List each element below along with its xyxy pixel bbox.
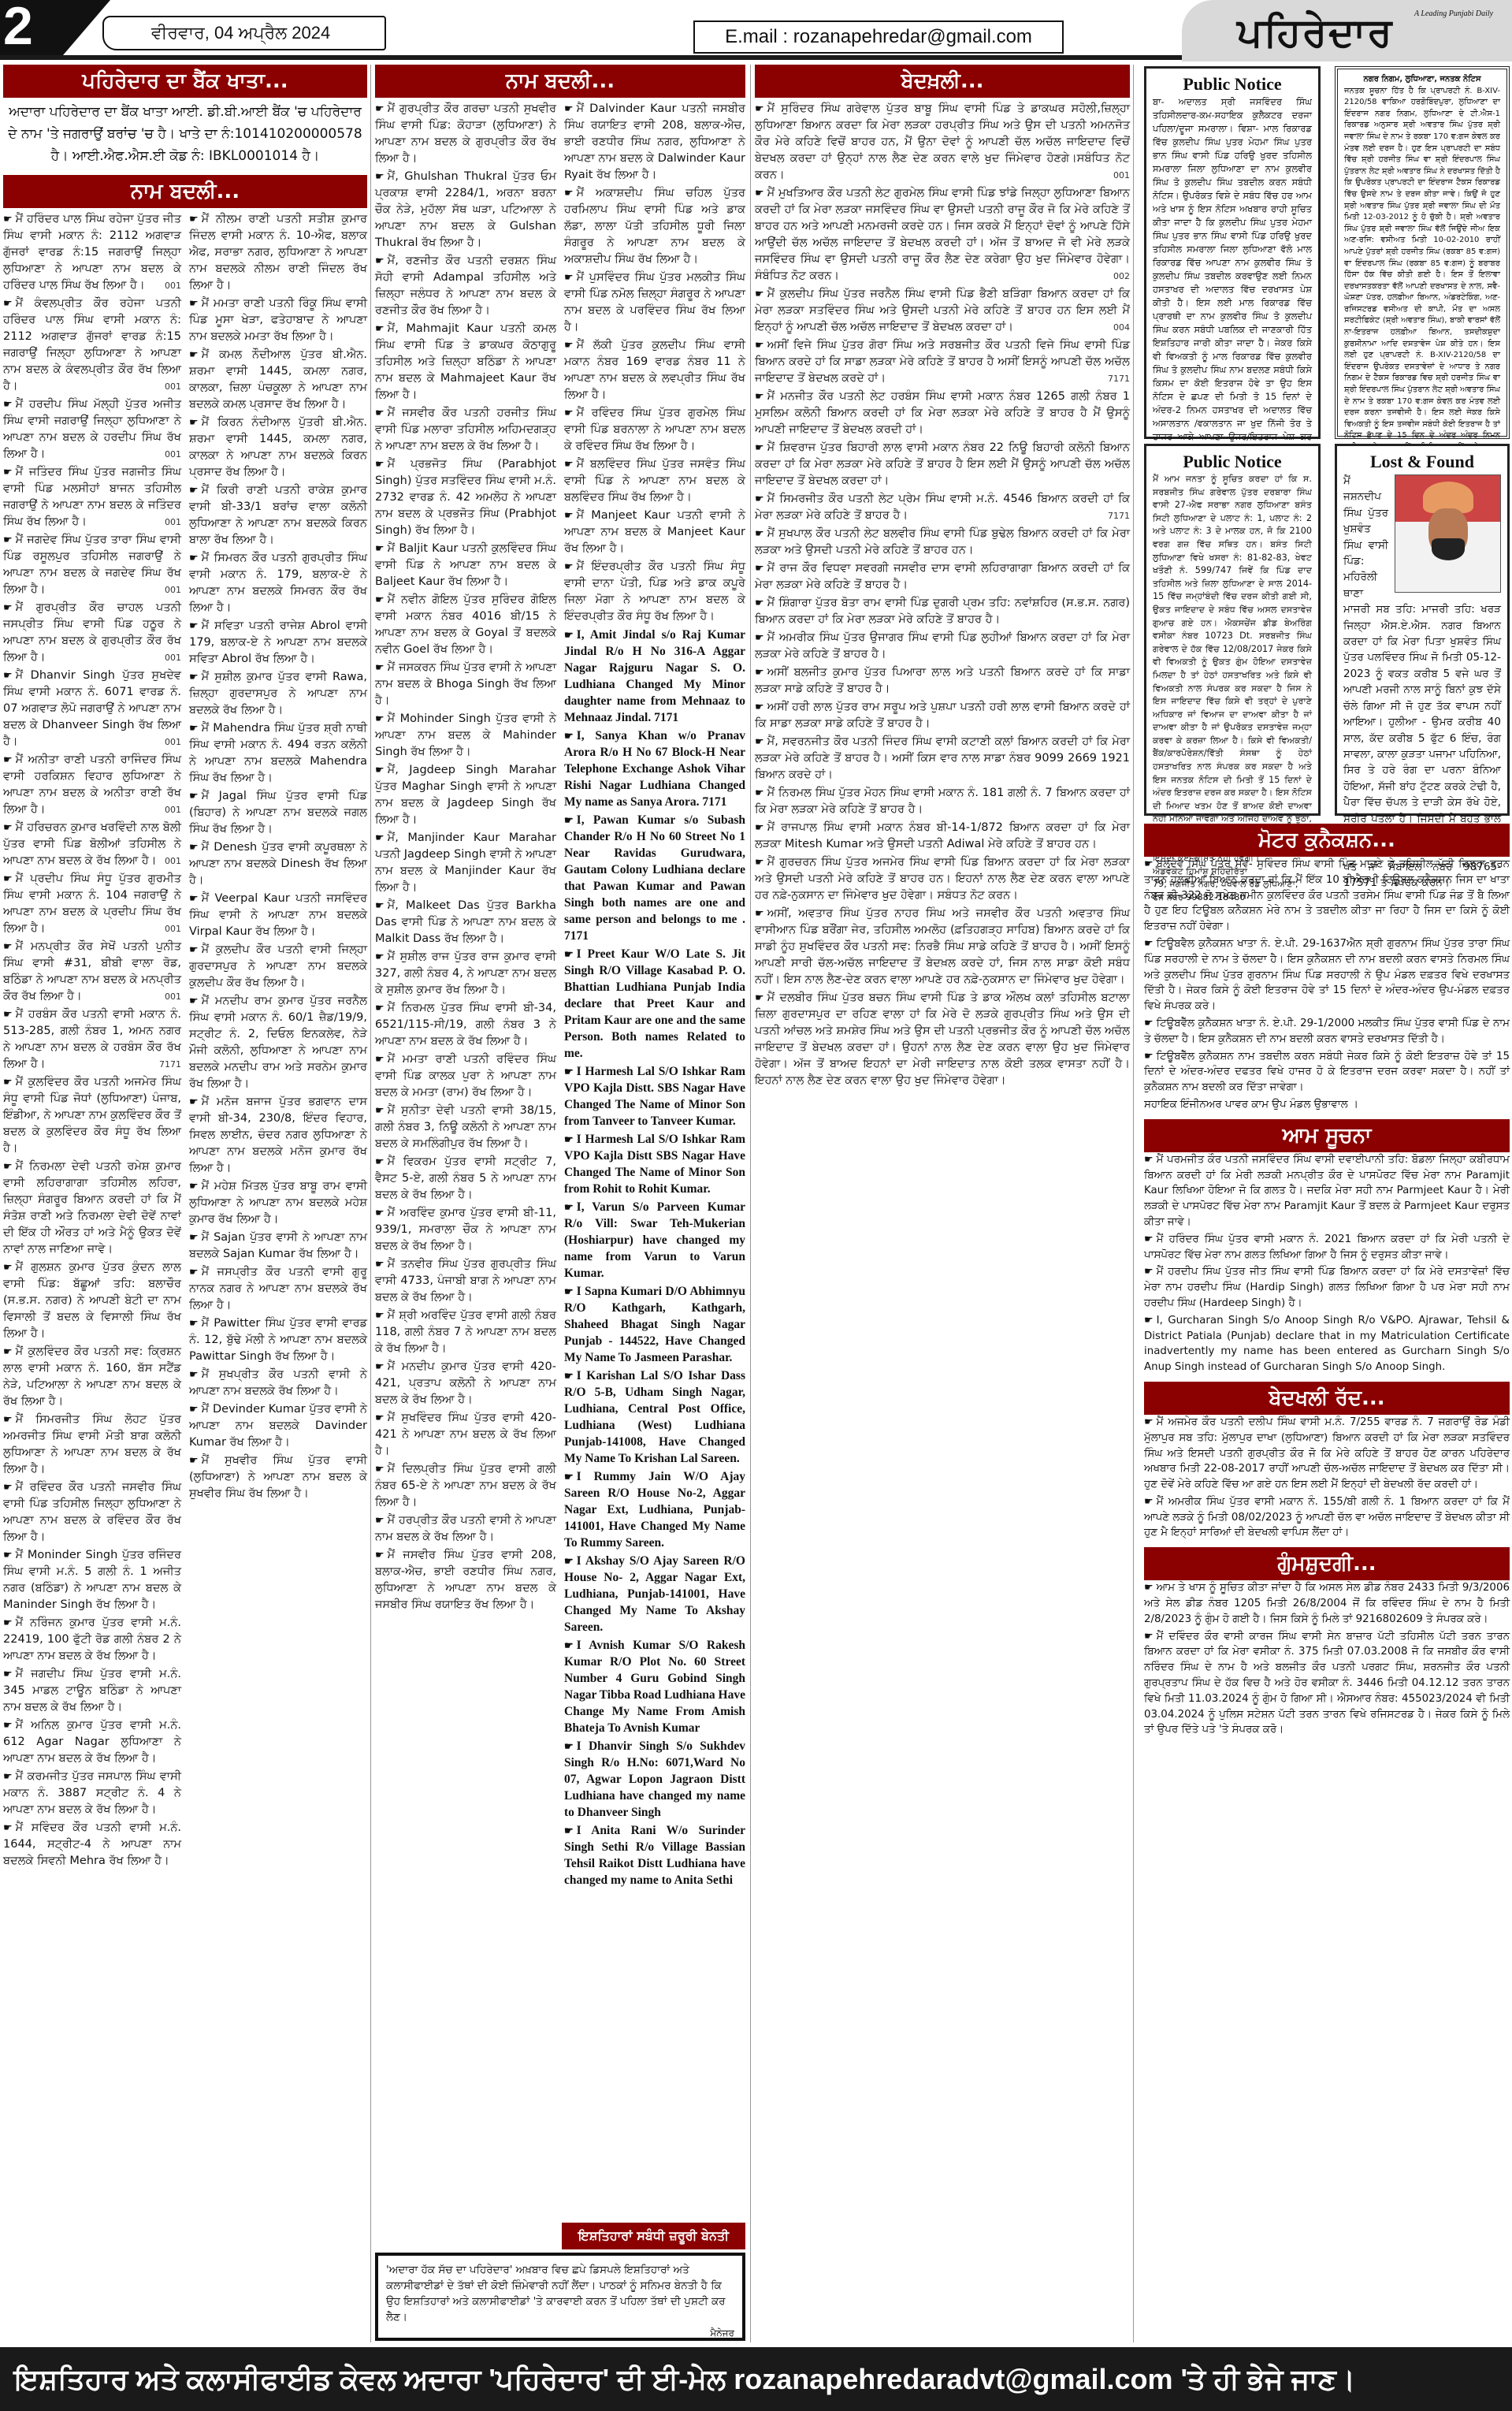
pointing-hand-icon: ☛	[564, 510, 574, 522]
list-item-text: ਮੈਂ ਕੁਲਵਿੰਦਰ ਕੌਰ ਪਤਨੀ ਅਜਮੇਰ ਸਿੰਘ ਸੰਧੂ ਵਾ…	[3, 1076, 181, 1155]
list-item: ☛ਮੈਂ ਸਿਮਰਜੀਤ ਕੌਰ ਪਤਨੀ ਲੇਟ ਪ੍ਰੇਮ ਸਿੰਘ ਵਾਸ…	[755, 491, 1130, 524]
pointing-hand-icon: ☛	[755, 992, 764, 1004]
list-item-text: ਮੈਂ, Manjinder Kaur Marahar ਪਤਨੀ Jagdeep…	[375, 832, 556, 894]
list-item-text: ਮੈਂ ਹਰਿੰਦਰ ਸਿੰਘ ਪੁੱਤਰ ਵਾਸੀ ਮਕਾਨ ਨੰ. 2021…	[1144, 1233, 1510, 1261]
pointing-hand-icon: ☛	[3, 1161, 13, 1173]
pointing-hand-icon: ☛	[189, 791, 199, 802]
ad-code: 001	[165, 514, 181, 530]
list-item: ☛ਮੈਂ ਹਰਿਚਰਨ ਕੁਮਾਰ ਖਰਵਿੰਦੀ ਨਾਲ ਬੋਲੀ ਪੁੱਤਰ…	[3, 820, 181, 869]
list-item: ☛ਮੈਂ ਹਰਪ੍ਰੀਤ ਕੌਰ ਪਤਨੀ ਵਾਸੀ ਨੇ ਆਪਣਾ ਨਾਮ ਬ…	[375, 1512, 556, 1546]
list-item-text: ਮੈਂ, ਸਵਰਨਜੀਤ ਕੌਰ ਪਤਨੀ ਜਿੰਦਰ ਸਿੰਘ ਵਾਸੀ ਕਟ…	[755, 735, 1130, 781]
pointing-hand-icon: ☛	[3, 1822, 13, 1834]
list-item-text: ਮੈਂ Veerpal Kaur ਪਤਨੀ ਜਸਵਿੰਦਰ ਸਿੰਘ ਵਾਸੀ …	[189, 892, 367, 938]
pointing-hand-icon: ☛	[189, 1096, 199, 1108]
list-item-text: ਮੈਂ ਪ੍ਰਦੀਪ ਸਿੰਘ ਸੰਧੂ ਪੁੱਤਰ ਗੁਰਮੀਤ ਸਿੰਘ ਵ…	[3, 872, 181, 935]
list-item: ☛I, Pawan Kumar s/o Subash Chander R/o H…	[564, 812, 745, 944]
page-number: 2	[3, 0, 33, 54]
list-item: ☛ਮੈਂ ਹਰਬੰਸ ਕੌਰ ਪਤਨੀ ਵਾਸੀ ਮਕਾਨ ਨੰ. 513-28…	[3, 1006, 181, 1073]
list-item: ☛ਮੈਂ Mohinder Singh ਪੁੱਤਰ ਵਾਸੀ ਨੇ ਆਪਣਾ ਨ…	[375, 711, 556, 761]
list-item-text: ਮੈਂ ਸਿਮਰਜੀਤ ਸਿੰਘ ਲੋਹਟ ਪੁੱਤਰ ਅਮਰਜੀਤ ਸਿੰਘ …	[3, 1413, 181, 1475]
list-item: ☛ਮੈਂ ਕਰਮਜੀਤ ਪੁੱਤਰ ਜਸਪਾਲ ਸਿੰਘ ਵਾਸੀ ਮਕਾਨ ਨ…	[3, 1769, 181, 1818]
list-item: ☛ਮੈਂ ਦਵਿੰਦਰ ਕੌਰ ਵਾਸੀ ਕਾਰਜ ਸਿੰਘ ਵਾਸੀ ਸੇਨ …	[1144, 1629, 1510, 1739]
list-item-text: ਮੈਂ ਸੁਨੀਤਾ ਦੇਵੀ ਪਤਨੀ ਵਾਸੀ 38/15, ਗਲੀ ਨੰਬ…	[375, 1104, 556, 1150]
list-item: ☛ਮੈਂ ਸਵਿਤਾ ਪਤਨੀ ਰਾਜੇਸ਼ Abrol ਵਾਸੀ 179, ਬ…	[189, 618, 367, 668]
list-item: ☛ਮੈਂ ਕੁਲਦੀਪ ਕੌਰ ਪਤਨੀ ਵਾਸੀ ਜਿਲ੍ਹਾ ਗੁਰਦਾਸਪ…	[189, 942, 367, 992]
list-item: ☛ਮੈਂ ਕੁਲਦੀਪ ਸਿੰਘ ਪੁੱਤਰ ਜਰਨੈਲ ਸਿੰਘ ਵਾਸੀ ਪ…	[755, 286, 1130, 336]
pointing-hand-icon: ☛	[375, 594, 385, 606]
masthead-email[interactable]: E.mail : rozanapehredar@gmail.com	[693, 20, 1064, 54]
list-item-text: ਮੈਂ Sajan ਪੁੱਤਰ ਵਾਸੀ ਨੇ ਆਪਣਾ ਨਾਮ ਬਦਲਕੇ S…	[189, 1231, 367, 1260]
list-item: ☛ਮੈਂ ਨਰਿੰਜਨ ਕੁਮਾਰ ਪੁੱਤਰ ਵਾਸੀ ਮ.ਨੰ. 22419…	[3, 1615, 181, 1665]
list-item: ☛ਮੈਂ ਮਨਦੀਪ ਰਾਮ ਕੁਮਾਰ ਪੁੱਤਰ ਜਰਨੈਲ ਸਿੰਘ ਵਾ…	[189, 993, 367, 1092]
lost-and-found: Lost & Found ਮੈਂ ਜਸ਼ਨਦੀਪ ਸਿੰਘ ਪੁੱਤਰ ਖੁਸ਼…	[1335, 444, 1510, 816]
pointing-hand-icon: ☛	[189, 485, 199, 497]
pointing-hand-icon: ☛	[755, 908, 764, 920]
pointing-hand-icon: ☛	[375, 662, 385, 674]
list-item-text: ਮੈਂ Pawitter ਸਿੰਘ ਪੁੱਤਰ ਵਾਸੀ ਵਾਰਡ ਨੰ. 12…	[189, 1317, 367, 1363]
list-item: ☛ਮੈਂ Sajan ਪੁੱਤਰ ਵਾਸੀ ਨੇ ਆਪਣਾ ਨਾਮ ਬਦਲਕੇ …	[189, 1230, 367, 1263]
ad-code: 004	[1113, 319, 1130, 336]
list-item: ☛ਮੈਂ ਮਨੋਜ ਬਜਾਜ ਪੁੱਤਰ ਭਗਵਾਨ ਦਾਸ ਵਾਸੀ ਬੀ-3…	[189, 1094, 367, 1177]
disinheritance-heading: ਬੇਦਖ਼ਲੀ...	[755, 65, 1130, 98]
pointing-hand-icon: ☛	[755, 736, 764, 748]
disclaimer-box: 'ਅਦਾਰਾ ਹੱਕ ਸੱਚ ਦਾ ਪਹਿਰੇਦਾਰ' ਅਖ਼ਬਾਰ ਵਿਚ ਛ…	[375, 2253, 745, 2341]
list-item-text: ਮੈਂ ਗੁਲਸ਼ਨ ਕੁਮਾਰ ਪੁੱਤਰ ਕੁੰਦਨ ਲਾਲ ਵਾਸੀ ਪਿ…	[3, 1261, 181, 1340]
pointing-hand-icon: ☛	[1144, 938, 1154, 950]
list-item: ☛ਟਿਊਬਵੈਲ ਕੁਨੈਕਸ਼ਨ ਖਾਤਾ ਨੰ. ਏ.ਪੀ. 29-1637…	[1144, 936, 1510, 1014]
notice-title: Public Notice	[1153, 451, 1312, 473]
list-item-text: ਮੈਂ ਨੀਲਮ ਰਾਣੀ ਪਤਨੀ ਸਤੀਸ਼ ਕੁਮਾਰ ਜਿੰਦਲ ਵਾਸ…	[189, 213, 367, 292]
list-item: ☛I Avnish Kumar S/O Rakesh Kumar R/O Plo…	[564, 1637, 745, 1736]
pointing-hand-icon: ☛	[3, 214, 13, 225]
pointing-hand-icon: ☛	[189, 349, 199, 361]
list-item: ☛ਮੈਂ ਸੁਖਪਾਲ ਕੌਰ ਪਤਨੀ ਲੇਟ ਬਲਵੀਰ ਸਿੰਘ ਵਾਸੀ…	[755, 526, 1130, 559]
list-item: ☛I, Sanya Khan w/o Pranav Arora R/o H No…	[564, 727, 745, 810]
list-item-text: ਮੈਂ ਸਿਮਰਨ ਕੌਰ ਪਤਨੀ ਗੁਰਪ੍ਰੀਤ ਸਿੰਘ ਵਾਸੀ ਮਕ…	[189, 552, 367, 614]
list-item-text: ਮੈਂ ਕਰਮਜੀਤ ਪੁੱਤਰ ਜਸਪਾਲ ਸਿੰਘ ਵਾਸੀ ਮਕਾਨ ਨੰ…	[3, 1770, 181, 1816]
list-item: ☛ਮੈਂ, ਰਣਜੀਤ ਕੌਰ ਪਤਨੀ ਦਰਸ਼ਨ ਸਿੰਘ ਸੋਹੀ ਵਾਸ…	[375, 253, 556, 319]
pointing-hand-icon: ☛	[189, 620, 199, 632]
list-item: ☛ਮੈਂ Baljit Kaur ਪਤਨੀ ਕੁਲਵਿੰਦਰ ਸਿੰਘ ਵਾਸੀ…	[375, 541, 556, 590]
list-item: ☛ਆਮ ਤੇ ਖਾਸ ਨੂੰ ਸੂਚਿਤ ਕੀਤਾ ਜਾਂਦਾ ਹੈ ਕਿ ਅਸ…	[1144, 1580, 1510, 1627]
list-item: ☛ਮੈਂ ਸੁਰਿੰਦਰ ਸਿੰਘ ਗਰੇਵਾਲ ਪੁੱਤਰ ਬਾਬੂ ਸਿੰਘ…	[755, 101, 1130, 184]
pointing-hand-icon: ☛	[189, 1318, 199, 1330]
list-item-text: ਮੈਂ ਦਵਿੰਦਰ ਕੌਰ ਵਾਸੀ ਕਾਰਜ ਸਿੰਘ ਵਾਸੀ ਸੇਨ ਬ…	[1144, 1631, 1510, 1736]
pointing-hand-icon: ☛	[564, 340, 574, 352]
name-change-heading-1: ਨਾਮ ਬਦਲੀ...	[3, 175, 367, 208]
pointing-hand-icon: ☛	[375, 1515, 385, 1527]
pointing-hand-icon: ☛	[375, 1207, 385, 1219]
list-item-text: ਮੈਂ ਅਕਾਸ਼ਦੀਪ ਸਿੰਘ ਚਹਿਲ ਪੁੱਤਰ ਹਰਮਿਲਾਪ ਸਿੰ…	[564, 187, 745, 266]
pointing-hand-icon: ☛	[3, 534, 13, 546]
list-item: ☛ਅਸੀਂ ਵਿਜੇ ਸਿੰਘ ਪੁੱਤਰ ਗੋਰਾ ਸਿੰਘ ਅਤੇ ਸਰਬਜ…	[755, 337, 1130, 387]
list-item-text: ਮੈਂ ਦਲਬੀਰ ਸਿੰਘ ਪੁੱਤਰ ਬਚਨ ਸਿੰਘ ਵਾਸੀ ਪਿੰਡ …	[755, 992, 1130, 1087]
list-item: ☛ਟਿਊਬਵੈੱਲ ਕੁਨੈਕਸ਼ਨ ਨਾਮ ਤਬਦੀਲ ਕਰਨ ਸਬੰਧੀ ਜ…	[1144, 1049, 1510, 1096]
list-item: ☛ਮੈਂ ਲੱਕੀ ਪੁੱਤਰ ਕੁਲਦੀਪ ਸਿੰਘ ਵਾਸੀ ਮਕਾਨ ਨੰ…	[564, 337, 745, 404]
general-notice-heading: ਆਮ ਸੂਚਨਾ	[1144, 1119, 1510, 1152]
list-item: ☛ਮੈਂ Moninder Singh ਪੁੱਤਰ ਰਜਿੰਦਰ ਸਿੰਘ ਵਾ…	[3, 1547, 181, 1613]
pointing-hand-icon: ☛	[375, 543, 385, 555]
notice-body: ਮੈਂ ਆਮ ਜਨਤਾ ਨੂੰ ਸੂਚਿਤ ਕਰਦਾ ਹਾਂ ਕਿ ਸ. ਸਰਬ…	[1153, 473, 1312, 865]
list-item: ☛ਮੈਂ ਸੁਖਵੀਰ ਸਿੰਘ ਪੁੱਤਰ ਵਾਸੀ (ਲੁਧਿਆਣਾ) ਨੇ…	[189, 1453, 367, 1502]
list-item-text: ਮੈਂ ਸੁਖਪਾਲ ਕੌਰ ਪਤਨੀ ਲੇਟ ਬਲਵੀਰ ਸਿੰਘ ਵਾਸੀ …	[755, 527, 1130, 556]
list-item-text: ਮੈਂ ਗੁਰਚਰਨ ਸਿੰਘ ਪੁੱਤਰ ਅਜਮੇਰ ਸਿੰਘ ਵਾਸੀ ਪਿ…	[755, 856, 1130, 902]
list-item: ☛ਮੈਂ ਤਨਵੀਰ ਸਿੰਘ ਪੁੱਤਰ ਗੁਰਪ੍ਰੀਤ ਸਿੰਘ ਵਾਸੀ…	[375, 1256, 556, 1306]
pointing-hand-icon: ☛	[375, 1412, 385, 1424]
list-item-text: ਮੈਂ ਕੁਲਦੀਪ ਕੌਰ ਪਤਨੀ ਵਾਸੀ ਜਿਲ੍ਹਾ ਗੁਰਦਾਸਪੁ…	[189, 943, 367, 989]
list-item-text: ਮੈਂ ਜਸਕਰਨ ਸਿੰਘ ਪੁੱਤਰ ਵਾਸੀ ਨੇ ਆਪਣਾ ਨਾਮ ਬਦ…	[375, 661, 556, 707]
missing-person-photo	[1395, 474, 1501, 593]
pointing-hand-icon: ☛	[189, 553, 199, 564]
list-item: ☛I Akshay S/O Ajay Sareen R/O House No- …	[564, 1553, 745, 1635]
pointing-hand-icon: ☛	[564, 1555, 574, 1567]
list-item: ☛ਮੈਂ ਪ੍ਰਦੀਪ ਸਿੰਘ ਸੰਧੂ ਪੁੱਤਰ ਗੁਰਮੀਤ ਸਿੰਘ …	[3, 871, 181, 937]
list-item: ☛ਮੈਂ ਮਨਦੀਪ ਕੁਮਾਰ ਪੁੱਤਰ ਵਾਸੀ 420-421, ਪ੍ਰ…	[375, 1359, 556, 1408]
list-item-text: I Harmesh Lal S/O Ishkar Ram VPO Kajla D…	[564, 1133, 745, 1196]
missing-list: ☛ਆਮ ਤੇ ਖਾਸ ਨੂੰ ਸੂਚਿਤ ਕੀਤਾ ਜਾਂਦਾ ਹੈ ਕਿ ਅਸ…	[1144, 1580, 1510, 1738]
pointing-hand-icon: ☛	[375, 1310, 385, 1322]
list-item-text: I, Amit Jindal s/o Raj Kumar Jindal R/o …	[564, 628, 745, 724]
list-item-text: ਮੈਂ Devinder Kumar ਪੁੱਤਰ ਵਾਸੀ ਨੇ ਆਪਣਾ ਨਾ…	[189, 1403, 367, 1449]
list-item: ☛ਮੈਂ ਹਰਦੀਪ ਸਿੰਘ ਮੱਲ੍ਹੀ ਪੁੱਤਰ ਅਜੀਤ ਸਿੰਘ ਵ…	[3, 396, 181, 463]
pointing-hand-icon: ☛	[564, 1285, 574, 1297]
list-item: ☛I, Amit Jindal s/o Raj Kumar Jindal R/o…	[564, 627, 745, 726]
list-item: ☛ਮੈਂ ਕਮਲ ਨੌਦੀਆਲ ਪੁੱਤਰ ਬੀ.ਐਨ. ਸ਼ਰਮਾ ਵਾਸੀ …	[189, 347, 367, 413]
list-item: ☛ਮੈਂ ਜਸਪ੍ਰੀਤ ਕੌਰ ਪਤਨੀ ਵਾਸੀ ਗੁਰੂ ਨਾਨਕ ਨਗਰ…	[189, 1264, 367, 1314]
pointing-hand-icon: ☛	[3, 1720, 13, 1732]
pointing-hand-icon: ☛	[564, 730, 574, 742]
ad-code: 001	[165, 921, 181, 937]
pointing-hand-icon: ☛	[564, 814, 574, 826]
list-item-text: ਮੈਂ ਹਰਪ੍ਰੀਤ ਕੌਰ ਪਤਨੀ ਵਾਸੀ ਨੇ ਆਪਣਾ ਨਾਮ ਬਦ…	[375, 1514, 556, 1543]
list-item-text: ਮੈਂ ਮੁਖਤਿਆਰ ਕੌਰ ਪਤਨੀ ਲੇਟ ਗੁਰਮੇਲ ਸਿੰਘ ਵਾਸ…	[755, 187, 1130, 282]
list-item-text: ਟਿਊਬਵੈੱਲ ਕੁਨੈਕਸ਼ਨ ਖਾਤਾ ਨੰ. ਏ.ਪੀ. 29-1/20…	[1144, 1018, 1510, 1045]
list-item-text: ਮੈਂ Mahendra ਸਿੰਘ ਪੁੱਤਰ ਸ਼੍ਰੀ ਨਾਥੀ ਸਿੰਘ …	[189, 722, 367, 784]
list-item: ☛ਮੈਂ ਹਰਿੰਦਰ ਪਾਲ ਸਿੰਘ ਰਹੇਜਾ ਪੁੱਤਰ ਜੀਤ ਸਿੰ…	[3, 211, 181, 294]
list-item: ☛ਮੈਂ ਰਵਿੰਦਰ ਕੌਰ ਪਤਨੀ ਜਸਵੀਰ ਸਿੰਘ ਵਾਸੀ ਪਿੰ…	[3, 1479, 181, 1546]
list-item: ☛ਮੈਂ ਮਮਤਾ ਰਾਣੀ ਪਤਨੀ ਰਵਿੰਦਰ ਸਿੰਘ ਵਾਸੀ ਪਿੰ…	[375, 1051, 556, 1101]
pointing-hand-icon: ☛	[755, 528, 764, 540]
pointing-hand-icon: ☛	[375, 1054, 385, 1066]
pointing-hand-icon: ☛	[3, 754, 13, 766]
name-change-left-subcolumn: ☛ਮੈਂ ਗੁਰਪ੍ਰੀਤ ਕੌਰ ਗਰਚਾ ਪਤਨੀ ਸੁਖਵੀਰ ਸਿੰਘ …	[375, 101, 556, 1890]
list-item-text: ਮੈਂ ਰਾਜ ਕੌਰ ਵਿਧਵਾ ਸਵਰਗੀ ਜਸਵੀਰ ਦਾਸ ਵਾਸੀ ਲ…	[755, 562, 1130, 591]
pointing-hand-icon: ☛	[3, 602, 13, 614]
list-item-text: ਮੈਂ ਗੁਰਪ੍ਰੀਤ ਕੌਰ ਚਾਹਲ ਪਤਨੀ ਜਸਪ੍ਰੀਤ ਸਿੰਘ …	[3, 601, 181, 664]
column-divider	[1133, 65, 1134, 2342]
name-change-right-subcolumn: ☛ਮੈਂ Dalvinder Kaur ਪਤਨੀ ਜਸਬੀਰ ਸਿੰਘ ਰਯਾਇ…	[564, 101, 745, 1890]
pointing-hand-icon: ☛	[3, 1077, 13, 1088]
pointing-hand-icon: ☛	[189, 1181, 199, 1192]
ad-code: 001	[165, 802, 181, 818]
list-item: ☛ਮੈਂ ਬਲਵਿੰਦਰ ਸਿੰਘ ਪੁੱਤਰ ਜਸਵੰਤ ਸਿੰਘ ਵਾਸੀ …	[564, 456, 745, 506]
pointing-hand-icon: ☛	[189, 214, 199, 225]
motor-connection-list: ☛ਬਲਦੇਵ ਸਿੰਘ ਪੁੱਤਰ ਸਵ- ਸੁਵਿੰਦਰ ਸਿੰਘ ਵਾਸੀ …	[1144, 857, 1510, 1096]
masthead-rule	[0, 55, 1190, 60]
list-item-text: I Avnish Kumar S/O Rakesh Kumar R/O Plot…	[564, 1639, 745, 1735]
list-item: ☛ਮੈਂ ਨਵੀਨ ਗੋਇਲ ਪੁੱਤਰ ਸੁਰਿੰਦਰ ਗੋਇਲ ਵਾਸੀ ਮ…	[375, 592, 556, 658]
list-item-text: I, Gurcharan Singh S/o Anoop Singh R/o V…	[1144, 1315, 1510, 1373]
pointing-hand-icon: ☛	[375, 713, 385, 725]
list-item: ☛ਮੈਂ, Ghulshan Thukral ਪੁੱਤਰ ਓਮ ਪ੍ਰਕਾਸ਼ …	[375, 169, 556, 251]
list-item-text: ਮੈਂ Jagal ਸਿੰਘ ਪੁੱਤਰ ਵਾਸੀ ਪਿੰਡ (ਬਿਹਾਰ) ਨ…	[189, 790, 367, 835]
list-item: ☛ਮੈਂ ਦਿਲਪ੍ਰੀਤ ਸਿੰਘ ਪੁੱਤਰ ਵਾਸੀ ਗਲੀ ਨੰਬਰ 6…	[375, 1461, 556, 1511]
list-item-text: ਮੈਂ ਲੱਕੀ ਪੁੱਤਰ ਕੁਲਦੀਪ ਸਿੰਘ ਵਾਸੀ ਮਕਾਨ ਨੰਬ…	[564, 339, 745, 401]
list-item: ☛ਮੈਂ ਸਵਿੰਦਰ ਕੌਰ ਪਤਨੀ ਵਾਸੀ ਮ.ਨੰ. 1644, ਸਟ…	[3, 1820, 181, 1870]
list-item-text: ਮੈਂ ਸ਼ਿਵਰਾਜ ਪੁੱਤਰ ਬਿਹਾਰੀ ਲਾਲ ਵਾਸੀ ਮਕਾਨ ਨ…	[755, 441, 1130, 487]
list-item-text: ਮੈਂ ਰਵਿੰਦਰ ਕੌਰ ਪਤਨੀ ਜਸਵੀਰ ਸਿੰਘ ਵਾਸੀ ਪਿੰਡ…	[3, 1481, 181, 1543]
list-item: ☛ਮੈਂ Manjeet Kaur ਪਤਨੀ ਵਾਸੀ ਨੇ ਆਪਣਾ ਨਾਮ …	[564, 508, 745, 557]
list-item: ☛ਮੈਂ ਪ੍ਰਭਜੋਤ ਸਿੰਘ (Parabhjot Singh) ਪੁੱਤ…	[375, 456, 556, 539]
list-item-text: ਮੈਂ ਹਰਦੀਪ ਸਿੰਘ ਮੱਲ੍ਹੀ ਪੁੱਤਰ ਅਜੀਤ ਸਿੰਘ ਵਾ…	[3, 398, 181, 460]
pointing-hand-icon: ☛	[1144, 1051, 1154, 1062]
list-item: ☛ਮੈਂ ਇੰਦਰਪ੍ਰੀਤ ਕੌਰ ਪਤਨੀ ਸਿੰਘ ਸੰਧੂ ਵਾਸੀ ਦ…	[564, 559, 745, 625]
list-item: ☛ਮੈਂ Veerpal Kaur ਪਤਨੀ ਜਸਵਿੰਦਰ ਸਿੰਘ ਵਾਸੀ…	[189, 891, 367, 940]
list-item-text: ਮੈਂ ਕੁਲਦੀਪ ਸਿੰਘ ਪੁੱਤਰ ਜਰਨੈਲ ਸਿੰਘ ਵਾਸੀ ਪਿ…	[755, 288, 1130, 333]
list-item-text: ਮੈਂ ਕਮਲ ਨੌਦੀਆਲ ਪੁੱਤਰ ਬੀ.ਐਨ. ਸ਼ਰਮਾ ਵਾਸੀ 1…	[189, 348, 367, 411]
pointing-hand-icon: ☛	[189, 1267, 199, 1278]
list-item: ☛ਟਿਊਬਵੈੱਲ ਕੁਨੈਕਸ਼ਨ ਖਾਤਾ ਨੰ. ਏ.ਪੀ. 29-1/2…	[1144, 1016, 1510, 1047]
ad-code: 001	[165, 988, 181, 1005]
list-item: ☛ਮੈਂ ਸਿਮਰਜੀਤ ਸਿੰਘ ਲੋਹਟ ਪੁੱਤਰ ਅਮਰਜੀਤ ਸਿੰਘ…	[3, 1412, 181, 1478]
pointing-hand-icon: ☛	[564, 1201, 574, 1213]
list-item-text: ਮੈਂ ਹਰਦੀਪ ਸਿੰਘ ਪੁੱਤਰ ਜੀਤ ਸਿੰਘ ਵਾਸੀ ਪਿੰਡ …	[1144, 1266, 1510, 1309]
list-item: ☛ਮੈਂ ਅਰਵਿੰਦ ਕੁਮਾਰ ਪੁੱਤਰ ਵਾਸੀ ਬੀ-11, 939/…	[375, 1205, 556, 1255]
pointing-hand-icon: ☛	[189, 1404, 199, 1416]
list-item: ☛ਮੈਂ ਮਮਤਾ ਰਾਣੀ ਪਤਨੀ ਰਿੰਕੂ ਸਿੰਘ ਵਾਸੀ ਪਿੰਡ…	[189, 296, 367, 345]
column-1: ਪਹਿਰੇਦਾਰ ਦਾ ਬੈਂਕ ਖਾਤਾ... ਅਦਾਰਾ ਪਹਿਰੇਦਾਰ …	[3, 65, 367, 1871]
list-item: ☛ਮੈਂ ਮਹੇਸ਼ ਮਿੱਤਲ ਪੁੱਤਰ ਬਾਬੂ ਰਾਮ ਵਾਸੀ ਲੁਧ…	[189, 1178, 367, 1228]
pointing-hand-icon: ☛	[189, 723, 199, 735]
list-item-text: ਮੈਂ ਪੁਸਵਿੰਦਰ ਸਿੰਘ ਪੁੱਤਰ ਮਲਕੀਤ ਸਿੰਘ ਵਾਸੀ …	[564, 271, 745, 333]
list-item-text: ਮੈਂ ਮਨੋਜ ਬਜਾਜ ਪੁੱਤਰ ਭਗਵਾਨ ਦਾਸ ਵਾਸੀ ਬੀ-34…	[189, 1096, 367, 1174]
pointing-hand-icon: ☛	[375, 1156, 385, 1168]
list-item: ☛ਮੈਂ ਗੁਰਪ੍ਰੀਤ ਕੌਰ ਚਾਹਲ ਪਤਨੀ ਜਸਪ੍ਰੀਤ ਸਿੰਘ…	[3, 600, 181, 666]
notice-title: Public Notice	[1153, 73, 1312, 95]
list-item: ☛ਅਸੀਂ ਹਰੀ ਲਾਲ ਪੁੱਤਰ ਰਾਮ ਸਰੂਪ ਅਤੇ ਪੁਸ਼ਪਾ …	[755, 699, 1130, 732]
list-item-text: ਮੈਂ ਸਿਮਰਜੀਤ ਕੌਰ ਪਤਨੀ ਲੇਟ ਪ੍ਰੇਮ ਸਿੰਘ ਵਾਸੀ…	[755, 493, 1130, 522]
ad-code: 002	[1113, 268, 1130, 285]
list-item-text: ਅਸੀਂ ਬਲਜੀਤ ਕੁਮਾਰ ਪੁੱਤਰ ਪਿਆਰਾ ਲਾਲ ਅਤੇ ਪਤਨ…	[755, 666, 1130, 695]
list-item-text: ਮੈਂ ਮਮਤਾ ਰਾਣੀ ਪਤਨੀ ਰਿੰਕੂ ਸਿੰਘ ਵਾਸੀ ਪਿੰਡ …	[189, 297, 367, 343]
list-item-text: ਮੈਂ Baljit Kaur ਪਤਨੀ ਕੁਲਵਿੰਦਰ ਸਿੰਘ ਵਾਸੀ …	[375, 542, 556, 588]
pointing-hand-icon: ☛	[375, 407, 385, 419]
motor-connection-sign: ਸਹਾਇਕ ਇੰਜੀਨਅਰ ਪਾਵਰ ਕਾਮ ਉਪ ਮੰਡਲ ਉਭਾਵਾਲ ।	[1144, 1097, 1510, 1113]
list-item-text: ਮੈਂ ਪਰਮਜੀਤ ਕੌਰ ਪਤਨੀ ਜਸਵਿੰਦਰ ਸਿੰਘ ਵਾਸੀ ਦਵ…	[1144, 1154, 1510, 1228]
list-item-text: ਮੈਂ ਨਵੀਨ ਗੋਇਲ ਪੁੱਤਰ ਸੁਰਿੰਦਰ ਗੋਇਲ ਵਾਸੀ ਮਕ…	[375, 593, 556, 656]
pointing-hand-icon: ☛	[375, 900, 385, 912]
list-item: ☛ਮੈਂ ਜਸਵੀਰ ਸਿੰਘ ਪੁੱਤਰ ਵਾਸੀ 208, ਬਲਾਕ-ਐਚ,…	[375, 1547, 556, 1613]
pointing-hand-icon: ☛	[3, 1262, 13, 1274]
list-item: ☛ਮੈਂ, Mahmajit Kaur ਪਤਨੀ ਕਮਲ ਸਿੰਘ ਵਾਸੀ ਪ…	[375, 321, 556, 404]
list-item-text: ਮੈਂ ਜਸਵੀਰ ਸਿੰਘ ਪੁੱਤਰ ਵਾਸੀ 208, ਬਲਾਕ-ਐਚ, …	[375, 1549, 556, 1611]
list-item: ☛ਮੈਂ Mahendra ਸਿੰਘ ਪੁੱਤਰ ਸ਼੍ਰੀ ਨਾਥੀ ਸਿੰਘ…	[189, 720, 367, 787]
pointing-hand-icon: ☛	[1144, 1233, 1154, 1245]
list-item-text: ਮੈਂ ਜਸਵੀਰ ਕੌਰ ਪਤਨੀ ਹਰਜੀਤ ਸਿੰਘ ਵਾਸੀ ਪਿੰਡ …	[375, 407, 556, 452]
list-item-text: ਮੈਂ ਮਨਦੀਪ ਰਾਮ ਕੁਮਾਰ ਪੁੱਤਰ ਜਰਨੈਲ ਸਿੰਘ ਵਾਸ…	[189, 995, 367, 1090]
list-item-text: ਮੈਂ ਗੁਰਪ੍ਰੀਤ ਕੌਰ ਗਰਚਾ ਪਤਨੀ ਸੁਖਵੀਰ ਸਿੰਘ ਵ…	[375, 102, 556, 165]
list-item: ☛ਮੈਂ Dalvinder Kaur ਪਤਨੀ ਜਸਬੀਰ ਸਿੰਘ ਰਯਾਇ…	[564, 101, 745, 184]
list-item-text: ਟਿਊਬਵੈੱਲ ਕੁਨੈਕਸ਼ਨ ਨਾਮ ਤਬਦੀਲ ਕਰਨ ਸਬੰਧੀ ਜੇ…	[1144, 1051, 1510, 1094]
pointing-hand-icon: ☛	[3, 941, 13, 953]
list-item: ☛ਮੈਂ ਗੁਰਪ੍ਰੀਤ ਕੌਰ ਗਰਚਾ ਪਤਨੀ ਸੁਖਵੀਰ ਸਿੰਘ …	[375, 101, 556, 167]
list-item: ☛ਮੈਂ ਦਲਬੀਰ ਸਿੰਘ ਪੁੱਤਰ ਬਚਨ ਸਿੰਘ ਵਾਸੀ ਪਿੰਡ…	[755, 990, 1130, 1089]
disclaimer-sign: ਮੈਨੇਜਰ	[386, 2325, 734, 2341]
list-item-text: ਮੈਂ ਮਮਤਾ ਰਾਣੀ ਪਤਨੀ ਰਵਿੰਦਰ ਸਿੰਘ ਵਾਸੀ ਪਿੰਡ…	[375, 1053, 556, 1099]
list-item: ☛I Harmesh Lal S/O Ishkar Ram VPO Kajla …	[564, 1063, 745, 1129]
list-item: ☛ਮੈਂ, Jagdeep Singh Marahar ਪੁੱਤਰ Maghar…	[375, 762, 556, 828]
pointing-hand-icon: ☛	[1144, 1496, 1154, 1508]
list-item: ☛I Anita Rani W/o Surinder Singh Sethi R…	[564, 1822, 745, 1888]
list-item-text: ਮੈਂ ਰਵਿੰਦਰ ਸਿੰਘ ਪੁੱਤਰ ਗੁਰਮੇਲ ਸਿੰਘ ਵਾਸੀ ਪ…	[564, 407, 745, 452]
list-item: ☛ਮੈਂ ਕਿਰੀ ਰਾਣੀ ਪਤਨੀ ਰਾਕੇਸ਼ ਕੁਮਾਰ ਵਾਸੀ ਬੀ…	[189, 482, 367, 549]
pointing-hand-icon: ☛	[564, 1740, 574, 1752]
list-item: ☛ਮੈਂ ਸੁਨੀਤਾ ਦੇਵੀ ਪਤਨੀ ਵਾਸੀ 38/15, ਗਲੀ ਨੰ…	[375, 1103, 556, 1152]
public-notice-lost-documents: Public Notice ਮੈਂ ਆਮ ਜਨਤਾ ਨੂੰ ਸੂਚਿਤ ਕਰਦਾ…	[1144, 444, 1321, 816]
pointing-hand-icon: ☛	[375, 1550, 385, 1561]
list-item-text: ਟਿਊਬਵੈਲ ਕੁਨੈਕਸ਼ਨ ਖਾਤਾ ਨੰ. ਏ.ਪੀ. 29-1637ਐ…	[1144, 938, 1510, 1012]
notice-title: ਨਗਰ ਨਿਗਮ, ਲੁਧਿਆਣਾ, ਜਨਤਕ ਨੋਟਿਸ	[1344, 74, 1500, 86]
list-item: ☛I Dhanvir Singh S/o Sukhdev Singh R/o H…	[564, 1738, 745, 1821]
pointing-hand-icon: ☛	[564, 188, 574, 199]
list-item: ☛ਮੈਂ ਸੁਖਪ੍ਰੀਤ ਕੌਰ ਪਤਨੀ ਵਾਸੀ ਨੇ ਆਪਣਾ ਨਾਮ …	[189, 1367, 367, 1400]
list-item: ☛ਮੈਂ ਗੁਰਚਰਨ ਸਿੰਘ ਪੁੱਤਰ ਅਜਮੇਰ ਸਿੰਘ ਵਾਸੀ ਪ…	[755, 854, 1130, 904]
pointing-hand-icon: ☛	[564, 1639, 574, 1651]
photo-beard	[1432, 538, 1465, 560]
list-item-text: ਮੈਂ, Malkeet Das ਪੁੱਤਰ Barkha Das ਵਾਸੀ ਪ…	[375, 899, 556, 945]
list-item-text: ਅਸੀਂ, ਅਵਤਾਰ ਸਿੰਘ ਪੁੱਤਰ ਨਾਹਰ ਸਿੰਘ ਅਤੇ ਜਸਵ…	[755, 907, 1130, 986]
list-item: ☛ਮੈਂ ਸੁਸ਼ੀਲ ਰਾਜ ਪੁੱਤਰ ਰਾਜ ਕੁਮਾਰ ਵਾਸੀ 327…	[375, 949, 556, 999]
notice-title: Lost & Found	[1343, 451, 1501, 473]
list-item: ☛ਮੈਂ ਸ਼ਿੰਗਾਰਾ ਪੁੱਤਰ ਬੋਤਾ ਰਾਮ ਵਾਸੀ ਪਿੰਡ ਦ…	[755, 595, 1130, 628]
pointing-hand-icon: ☛	[189, 944, 199, 956]
list-item-text: I, Pawan Kumar s/o Subash Chander R/o H …	[564, 813, 745, 943]
list-item-text: ਮੈਂ ਸੁਖਵਿੰਦਰ ਸਿੰਘ ਪੁੱਤਰ ਵਾਸੀ 420-421 ਨੇ …	[375, 1412, 556, 1457]
newspaper-tagline: A Leading Punjabi Daily	[1414, 9, 1493, 18]
pointing-hand-icon: ☛	[189, 995, 199, 1007]
municipal-public-notice: ਨਗਰ ਨਿਗਮ, ਲੁਧਿਆਣਾ, ਜਨਤਕ ਨੋਟਿਸ ਜਨਤਕ ਸੂਚਨਾ…	[1335, 66, 1510, 439]
pointing-hand-icon: ☛	[1144, 1315, 1154, 1326]
pointing-hand-icon: ☛	[1144, 1018, 1154, 1029]
pointing-hand-icon: ☛	[1144, 858, 1154, 870]
list-item-text: ਮੈਂ ਦਿਲਪ੍ਰੀਤ ਸਿੰਘ ਪੁੱਤਰ ਵਾਸੀ ਗਲੀ ਨੰਬਰ 65…	[375, 1463, 556, 1509]
list-item: ☛ਅਸੀਂ ਬਲਜੀਤ ਕੁਮਾਰ ਪੁੱਤਰ ਪਿਆਰਾ ਲਾਲ ਅਤੇ ਪਤ…	[755, 664, 1130, 698]
list-item-text: I Sapna Kumari D/O Abhimnyu R/O Kathgarh…	[564, 1285, 745, 1364]
list-item-text: ਮੈਂ ਜਗਦੀਪ ਸਿੰਘ ਪੁੱਤਰ ਵਾਸੀ ਮ.ਨੰ. 345 ਮਾਡਲ…	[3, 1668, 181, 1713]
pointing-hand-icon: ☛	[3, 1346, 13, 1358]
pointing-hand-icon: ☛	[189, 1455, 199, 1467]
pointing-hand-icon: ☛	[375, 1259, 385, 1271]
list-item-text: I Akshay S/O Ajay Sareen R/O House No- 2…	[564, 1554, 745, 1634]
list-item: ☛ਮੈਂ ਵਿਕਰਮ ਪੁੱਤਰ ਵਾਸੀ ਸਟ੍ਰੀਟ 7, ਵੈਸਟ 5-ਏ…	[375, 1154, 556, 1204]
list-item-text: ਮੈਂ ਅਨਿਲ ਕੁਮਾਰ ਪੁੱਤਰ ਵਾਸੀ ਮ.ਨੰ. 612 Agar…	[3, 1719, 181, 1765]
pointing-hand-icon: ☛	[1144, 1154, 1154, 1166]
list-item: ☛ਮੈਂ ਮੁਖਤਿਆਰ ਕੌਰ ਪਤਨੀ ਲੇਟ ਗੁਰਮੇਲ ਸਿੰਘ ਵਾ…	[755, 185, 1130, 285]
list-item: ☛ਮੈਂ ਜਗਦੇਵ ਸਿੰਘ ਪੁੱਤਰ ਤਾਰਾ ਸਿੰਘ ਵਾਸੀ ਪਿੰ…	[3, 532, 181, 598]
pointing-hand-icon: ☛	[1144, 1416, 1154, 1428]
pointing-hand-icon: ☛	[564, 1133, 574, 1145]
name-change-list-1: ☛ਮੈਂ ਹਰਿੰਦਰ ਪਾਲ ਸਿੰਘ ਰਹੇਜਾ ਪੁੱਤਰ ਜੀਤ ਸਿੰ…	[3, 211, 367, 1871]
pointing-hand-icon: ☛	[1144, 1631, 1154, 1643]
list-item-text: ਮੈਂ ਜਗਦੇਵ ਸਿੰਘ ਪੁੱਤਰ ਤਾਰਾ ਸਿੰਘ ਵਾਸੀ ਪਿੰਡ…	[3, 534, 181, 596]
pointing-hand-icon: ☛	[755, 857, 764, 869]
pointing-hand-icon: ☛	[564, 1471, 574, 1483]
list-item-text: ਮੈਂ, ਰਣਜੀਤ ਕੌਰ ਪਤਨੀ ਦਰਸ਼ਨ ਸਿੰਘ ਸੋਹੀ ਵਾਸੀ…	[375, 255, 556, 317]
list-item: ☛ਮੈਂ ਕੰਵਲਪ੍ਰੀਤ ਕੌਰ ਰਹੇਜਾ ਪਤਨੀ ਹਰਿੰਦਰ ਪਾਲ…	[3, 296, 181, 395]
list-item: ☛ਮੈਂ, Manjinder Kaur Marahar ਪਤਨੀ Jagdee…	[375, 830, 556, 896]
ad-code: 7171	[1108, 370, 1130, 387]
list-item: ☛ਮੈਂ, Malkeet Das ਪੁੱਤਰ Barkha Das ਵਾਸੀ …	[375, 898, 556, 947]
list-item-text: I, Sanya Khan w/o Pranav Arora R/o H No …	[564, 729, 745, 809]
pointing-hand-icon: ☛	[189, 1369, 199, 1381]
list-item: ☛ਮੈਂ ਮਨਪ੍ਰੀਤ ਕੌਰ ਸੇਖੋਂ ਪਤਨੀ ਪੁਨੀਤ ਸਿੰਘ ਵ…	[3, 939, 181, 1005]
public-notice-tehsildar: Public Notice ਬਾ- ਅਦਾਲਤ ਸ੍ਰੀ ਜਸਵਿੰਦਰ ਸਿੰ…	[1144, 66, 1321, 439]
list-item-text: ਮੈਂ ਮਨਦੀਪ ਕੁਮਾਰ ਪੁੱਤਰ ਵਾਸੀ 420-421, ਪ੍ਰਤ…	[375, 1360, 556, 1406]
ad-code: 001	[165, 734, 181, 750]
list-item: ☛ਮੈਂ Pawitter ਸਿੰਘ ਪੁੱਤਰ ਵਾਸੀ ਵਾਰਡ ਨੰ. 1…	[189, 1315, 367, 1365]
list-item: ☛ਮੈਂ ਅਮਰੀਕ ਸਿੰਘ ਪੁੱਤਰ ਉਜਾਗਰ ਸਿੰਘ ਵਾਸੀ ਪਿ…	[755, 630, 1130, 663]
list-item: ☛ਅਸੀਂ, ਅਵਤਾਰ ਸਿੰਘ ਪੁੱਤਰ ਨਾਹਰ ਸਿੰਘ ਅਤੇ ਜਸ…	[755, 906, 1130, 988]
list-item: ☛ਮੈਂ ਜਸਵੀਰ ਕੌਰ ਪਤਨੀ ਹਰਜੀਤ ਸਿੰਘ ਵਾਸੀ ਪਿੰਡ…	[375, 405, 556, 455]
list-item: ☛ਮੈਂ, ਸਵਰਨਜੀਤ ਕੌਰ ਪਤਨੀ ਜਿੰਦਰ ਸਿੰਘ ਵਾਸੀ ਕ…	[755, 734, 1130, 783]
list-item-text: ਮੈਂ ਸ਼੍ਰੀ ਅਰਵਿੰਦ ਪੁੱਤਰ ਵਾਸੀ ਗਲੀ ਨੰਬਰ 118…	[375, 1309, 556, 1355]
pointing-hand-icon: ☛	[375, 103, 385, 115]
pointing-hand-icon: ☛	[755, 563, 764, 575]
ad-code: 001	[165, 378, 181, 395]
pointing-hand-icon: ☛	[375, 951, 385, 963]
ad-code: 001	[165, 582, 181, 598]
list-item: ☛I Sapna Kumari D/O Abhimnyu R/O Kathgar…	[564, 1283, 745, 1366]
column-divider	[370, 65, 371, 2342]
ad-code: 001	[1113, 167, 1130, 184]
bank-heading: ਪਹਿਰੇਦਾਰ ਦਾ ਬੈਂਕ ਖਾਤਾ...	[3, 65, 367, 98]
pointing-hand-icon: ☛	[564, 948, 574, 960]
list-item-text: ਮੈਂ ਸ਼ਿੰਗਾਰਾ ਪੁੱਤਰ ਬੋਤਾ ਰਾਮ ਵਾਸੀ ਪਿੰਡ ਦੁ…	[755, 597, 1130, 626]
list-item-text: ਮੈਂ ਹਰਿੰਦਰ ਪਾਲ ਸਿੰਘ ਰਹੇਜਾ ਪੁੱਤਰ ਜੀਤ ਸਿੰਘ…	[3, 213, 181, 292]
pointing-hand-icon: ☛	[755, 822, 764, 834]
column-2: ਨਾਮ ਬਦਲੀ... ☛ਮੈਂ ਗੁਰਪ੍ਰੀਤ ਕੌਰ ਗਰਚਾ ਪਤਨੀ …	[375, 65, 745, 1890]
list-item: ☛I, Gurcharan Singh S/o Anoop Singh R/o …	[1144, 1313, 1510, 1375]
list-item-text: I Karishan Lal S/O Ishar Dass R/O 5-B, U…	[564, 1369, 745, 1465]
pointing-hand-icon: ☛	[755, 188, 764, 199]
pointing-hand-icon: ☛	[564, 561, 574, 573]
name-change-right-subcolumn: ☛ਮੈਂ ਨੀਲਮ ਰਾਣੀ ਪਤਨੀ ਸਤੀਸ਼ ਕੁਮਾਰ ਜਿੰਦਲ ਵਾ…	[189, 211, 367, 1871]
list-item-text: I Anita Rani W/o Surinder Singh Sethi R/…	[564, 1824, 745, 1887]
list-item: ☛ਮੈਂ Jagal ਸਿੰਘ ਪੁੱਤਰ ਵਾਸੀ ਪਿੰਡ (ਬਿਹਾਰ) …	[189, 788, 367, 838]
list-item: ☛ਮੈਂ ਅਨੀਤਾ ਰਾਣੀ ਪਤਨੀ ਰਾਜਿੰਦਰ ਸਿੰਘ ਵਾਸੀ ਹ…	[3, 752, 181, 818]
pointing-hand-icon: ☛	[3, 670, 13, 682]
pointing-hand-icon: ☛	[3, 1414, 13, 1426]
pointing-hand-icon: ☛	[189, 417, 199, 429]
masthead: 2 ਵੀਰਵਾਰ, 04 ਅਪ੍ਰੈਲ 2024 E.mail : rozana…	[0, 0, 1512, 61]
ad-code: 001	[165, 277, 181, 294]
list-item-text: I Harmesh Lal S/O Ishkar Ram VPO Kajla D…	[564, 1065, 745, 1128]
pointing-hand-icon: ☛	[375, 255, 385, 267]
pointing-hand-icon: ☛	[755, 667, 764, 679]
list-item: ☛ਮੈਂ ਨਿਰਮਲ ਪੁੱਤਰ ਸਿੰਘ ਵਾਸੀ ਬੀ-34, 6521/1…	[375, 1000, 556, 1050]
pointing-hand-icon: ☛	[3, 873, 13, 885]
list-item-text: ਮੈਂ ਜਸਪ੍ਰੀਤ ਕੌਰ ਪਤਨੀ ਵਾਸੀ ਗੁਰੂ ਨਾਨਕ ਨਗਰ …	[189, 1266, 367, 1312]
pointing-hand-icon: ☛	[189, 842, 199, 854]
bank-details: ਅਦਾਰਾ ਪਹਿਰੇਦਾਰ ਦਾ ਬੈਂਕ ਖਾਤਾ ਆਈ. ਡੀ.ਬੀ.ਆਈ…	[3, 98, 367, 170]
pointing-hand-icon: ☛	[3, 399, 13, 411]
pointing-hand-icon: ☛	[564, 407, 574, 419]
list-item-text: ਮੈਂ ਮਨਪ੍ਰੀਤ ਕੌਰ ਸੇਖੋਂ ਪਤਨੀ ਪੁਨੀਤ ਸਿੰਘ ਵਾ…	[3, 940, 181, 1003]
list-item: ☛ਮੈਂ ਸਿਮਰਨ ਕੌਰ ਪਤਨੀ ਗੁਰਪ੍ਰੀਤ ਸਿੰਘ ਵਾਸੀ ਮ…	[189, 550, 367, 616]
pointing-hand-icon: ☛	[375, 1361, 385, 1373]
list-item-text: ਮੈਂ ਹਰਬੰਸ ਕੌਰ ਪਤਨੀ ਵਾਸੀ ਮਕਾਨ ਨੰ. 513-285…	[3, 1008, 181, 1070]
name-change-left-subcolumn: ☛ਮੈਂ ਹਰਿੰਦਰ ਪਾਲ ਸਿੰਘ ਰਹੇਜਾ ਪੁੱਤਰ ਜੀਤ ਸਿੰ…	[3, 211, 181, 1871]
